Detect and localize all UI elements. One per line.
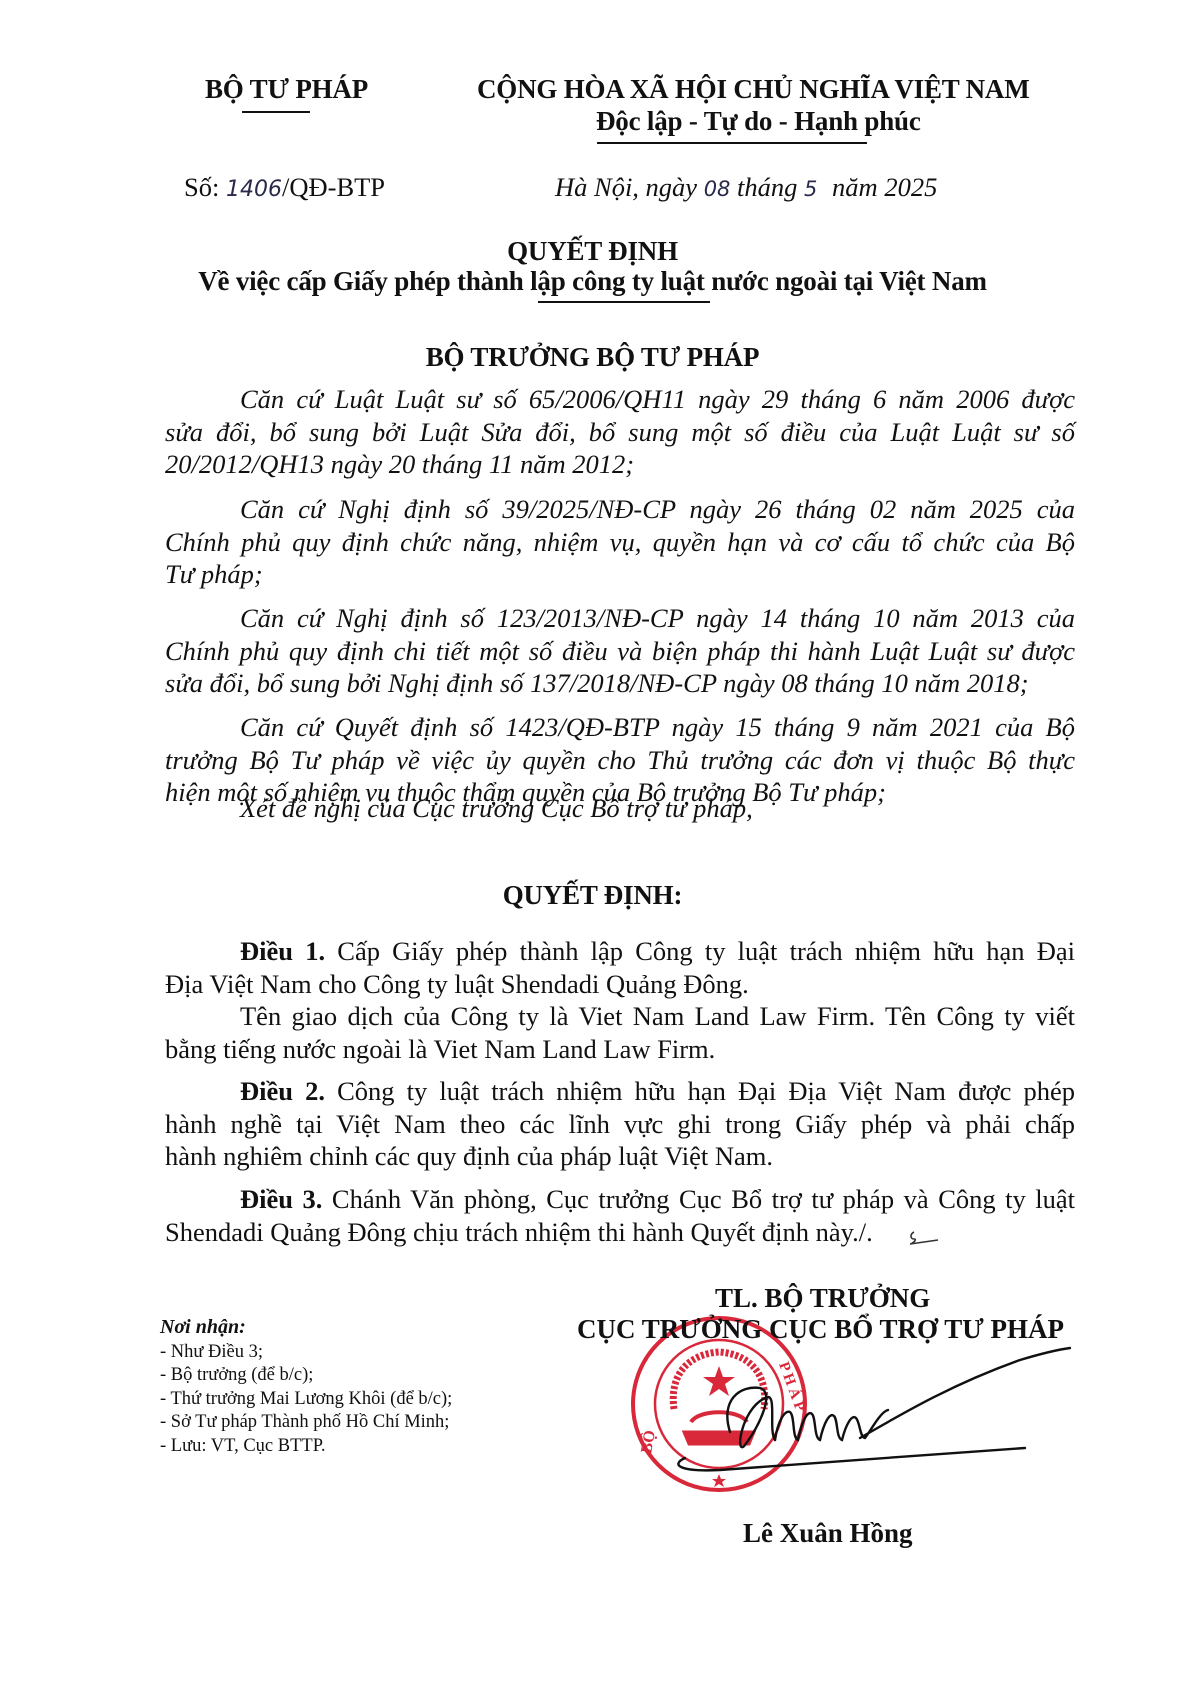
recipient-item: - Sở Tư pháp Thành phố Hồ Chí Minh; xyxy=(160,1411,452,1435)
svg-text:BỘ: BỘ xyxy=(637,1429,659,1455)
handwritten-signature-icon xyxy=(660,1340,1150,1490)
ministry-name: BỘ TƯ PHÁP xyxy=(205,74,368,105)
preamble-line: 20/2012/QH13 ngày 20 tháng 11 năm 2012; xyxy=(165,448,1075,481)
date-day: 08 xyxy=(704,177,731,201)
article-line: hành nghiêm chỉnh các quy định của pháp … xyxy=(165,1140,1075,1173)
country-name: CỘNG HÒA XÃ HỘI CHỦ NGHĨA VIỆT NAM xyxy=(477,74,1030,105)
recipient-item: - Như Điều 3; xyxy=(160,1341,452,1365)
recipient-item: - Lưu: VT, Cục BTTP. xyxy=(160,1435,452,1459)
article-label: Điều 3. xyxy=(240,1184,322,1214)
preamble-line: Căn cứ Luật Luật sư số 65/2006/QH11 ngày… xyxy=(165,383,1075,416)
place-date: Hà Nội, ngày 08 tháng 5 năm 2025 xyxy=(555,172,937,203)
preamble-line: Tư pháp; xyxy=(165,558,1075,591)
signer-name: Lê Xuân Hồng xyxy=(743,1518,913,1549)
article-line: Cấp Giấy phép thành lập Công ty luật trá… xyxy=(325,936,1075,966)
doc-number-suffix: /QĐ-BTP xyxy=(282,172,385,202)
article-1-trade-name: Tên giao dịch của Công ty là Viet Nam La… xyxy=(165,1000,1075,1065)
preamble-proposal: Xét đề nghị của Cục trưởng Cục Bổ trợ tư… xyxy=(165,792,1075,825)
article-line: Shendadi Quảng Đông chịu trách nhiệm thi… xyxy=(165,1217,873,1247)
place-date-prefix: Hà Nội, ngày xyxy=(555,172,704,202)
article-line: hành nghề tại Việt Nam theo các lĩnh vực… xyxy=(165,1108,1075,1141)
article-line: Chánh Văn phòng, Cục trưởng Cục Bổ trợ t… xyxy=(322,1184,1075,1214)
preamble-line: Căn cứ Quyết định số 1423/QĐ-BTP ngày 15… xyxy=(165,711,1075,744)
initials-mark-icon xyxy=(908,1228,948,1248)
preamble-nghi-dinh-39: Căn cứ Nghị định số 39/2025/NĐ-CP ngày 2… xyxy=(165,493,1075,591)
preamble-line: Căn cứ Nghị định số 123/2013/NĐ-CP ngày … xyxy=(165,602,1075,635)
preamble-nghi-dinh-123: Căn cứ Nghị định số 123/2013/NĐ-CP ngày … xyxy=(165,602,1075,700)
subject-underline xyxy=(538,301,710,303)
year-label: năm xyxy=(825,172,884,202)
signature-on-behalf: TL. BỘ TRƯỞNG xyxy=(560,1283,1160,1314)
article-line: Tên giao dịch của Công ty là Viet Nam La… xyxy=(165,1000,1075,1033)
recipient-item: - Thứ trưởng Mai Lương Khôi (để b/c); xyxy=(160,1388,452,1412)
date-month: 5 xyxy=(804,177,817,201)
recipients-block: Nơi nhận: - Như Điều 3; - Bộ trưởng (để … xyxy=(160,1316,452,1459)
doc-number-prefix: Số: xyxy=(184,172,226,202)
article-line: Địa Việt Nam cho Công ty luật Shendadi Q… xyxy=(165,968,1075,1001)
recipients-heading: Nơi nhận: xyxy=(160,1316,452,1340)
preamble-line: sửa đổi, bổ sung bởi Nghị định số 137/20… xyxy=(165,667,1075,700)
ministry-underline xyxy=(242,111,310,113)
article-line: Công ty luật trách nhiệm hữu hạn Đại Địa… xyxy=(325,1076,1075,1106)
preamble-line: Căn cứ Nghị định số 39/2025/NĐ-CP ngày 2… xyxy=(165,493,1075,526)
preamble-line: trưởng Bộ Tư pháp về việc ủy quyền cho T… xyxy=(165,744,1075,777)
doc-number-handwritten: 1406 xyxy=(226,177,282,202)
article-label: Điều 1. xyxy=(240,936,325,966)
preamble-line: Chính phủ quy định chức năng, nhiệm vụ, … xyxy=(165,526,1075,559)
preamble-line: Chính phủ quy định chi tiết một số điều … xyxy=(165,635,1075,668)
issuer-heading: BỘ TRƯỞNG BỘ TƯ PHÁP xyxy=(0,342,1185,373)
motto: Độc lập - Tự do - Hạnh phúc xyxy=(596,106,921,137)
document-subject: Về việc cấp Giấy phép thành lập công ty … xyxy=(0,266,1185,297)
preamble-line: sửa đổi, bổ sung bởi Luật Sửa đổi, bổ su… xyxy=(165,416,1075,449)
decision-heading: QUYẾT ĐỊNH: xyxy=(0,880,1185,911)
month-label: tháng xyxy=(730,172,804,202)
document-number: Số: 1406/QĐ-BTP xyxy=(184,172,385,203)
preamble-luat-luat-su: Căn cứ Luật Luật sư số 65/2006/QH11 ngày… xyxy=(165,383,1075,481)
article-line: bằng tiếng nước ngoài là Viet Nam Land L… xyxy=(165,1033,1075,1066)
document-title: QUYẾT ĐỊNH xyxy=(0,236,1185,267)
recipient-item: - Bộ trưởng (để b/c); xyxy=(160,1364,452,1388)
date-year: 2025 xyxy=(884,172,937,202)
motto-underline xyxy=(597,142,867,144)
article-2: Điều 2. Công ty luật trách nhiệm hữu hạn… xyxy=(165,1075,1075,1173)
preamble-line: Xét đề nghị của Cục trưởng Cục Bổ trợ tư… xyxy=(165,792,1075,825)
article-label: Điều 2. xyxy=(240,1076,325,1106)
article-1: Điều 1. Cấp Giấy phép thành lập Công ty … xyxy=(165,935,1075,1000)
